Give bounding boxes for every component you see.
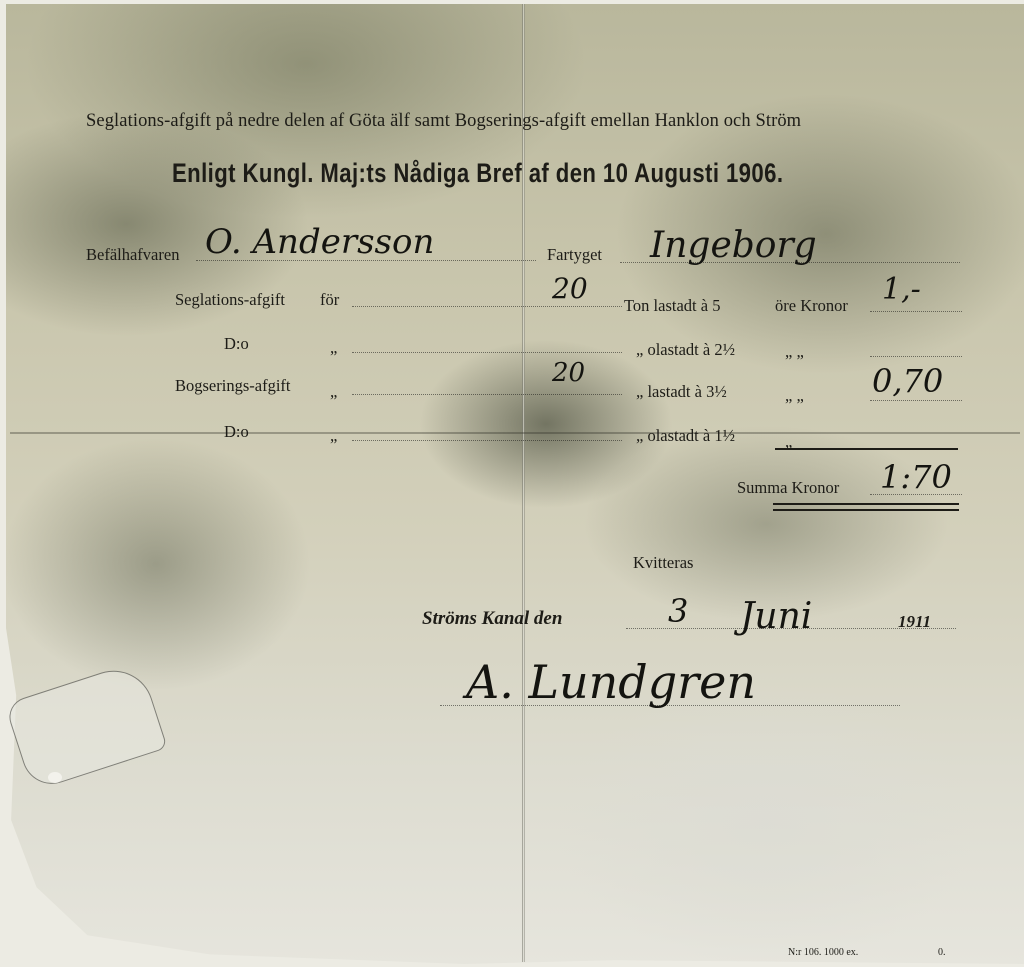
fee-prep-3: „ bbox=[330, 382, 337, 402]
fee-label-do-1: D:o bbox=[224, 334, 249, 354]
fee-prep-1: för bbox=[320, 290, 339, 310]
fee-line-2 bbox=[352, 352, 622, 353]
total-rule-2 bbox=[773, 509, 959, 511]
subtotal-rule bbox=[775, 448, 958, 450]
document-title: Enligt Kungl. Maj:ts Nådiga Bref af den … bbox=[172, 158, 783, 189]
place-label: Ströms Kanal den bbox=[422, 608, 562, 630]
vessel-value: Ingeborg bbox=[650, 225, 817, 266]
fee-label-sailing: Seglations-afgift bbox=[175, 290, 285, 310]
fee-amount-3: 0,70 bbox=[872, 362, 943, 400]
amount-line-1 bbox=[870, 311, 962, 312]
total-value: 1:70 bbox=[880, 458, 952, 496]
commander-label: Befälhafvaren bbox=[86, 245, 179, 265]
fee-prep-2: „ bbox=[330, 338, 337, 358]
total-label: Summa Kronor bbox=[737, 478, 839, 498]
fee-tons-3: 20 bbox=[552, 358, 585, 388]
fee-desc-2: „ olastadt à 2½ bbox=[636, 340, 735, 360]
signature: A. Lundgren bbox=[466, 655, 756, 709]
fee-desc-4: „ olastadt à 1½ bbox=[636, 426, 735, 446]
fee-desc-1: Ton lastadt à 5 bbox=[624, 296, 720, 316]
amount-line-3 bbox=[870, 400, 962, 401]
fee-prep-4: „ bbox=[330, 426, 337, 446]
fee-unit-1: öre Kronor bbox=[775, 296, 848, 316]
fee-label-do-2: D:o bbox=[224, 422, 249, 442]
fee-tons-1: 20 bbox=[552, 272, 588, 305]
amount-line-2 bbox=[870, 356, 962, 357]
fee-amount-1: 1,- bbox=[882, 272, 921, 307]
print-run-note: N:r 106. 1000 ex. bbox=[788, 947, 858, 958]
header-line: Seglations-afgift på nedre delen af Göta… bbox=[86, 111, 801, 132]
paper-hole bbox=[48, 772, 62, 783]
vessel-label: Fartyget bbox=[547, 245, 602, 265]
date-day: 3 bbox=[668, 592, 688, 630]
fee-desc-3: „ lastadt à 3½ bbox=[636, 382, 727, 402]
fee-unit-2: „ „ bbox=[785, 342, 804, 362]
receipt-label: Kvitteras bbox=[633, 553, 693, 573]
vertical-fold-crease bbox=[522, 4, 525, 962]
date-year: 1911 bbox=[898, 612, 931, 632]
commander-value: O. Andersson bbox=[205, 222, 434, 262]
fee-label-towing: Bogserings-afgift bbox=[175, 376, 290, 396]
horizontal-fold-crease bbox=[10, 432, 1020, 434]
footer-mark: 0. bbox=[938, 947, 946, 958]
date-month: Juni bbox=[740, 596, 812, 637]
fee-line-3 bbox=[352, 394, 622, 395]
fee-line-1 bbox=[352, 306, 622, 307]
fee-unit-3: „ „ bbox=[785, 386, 804, 406]
document-paper bbox=[6, 4, 1024, 964]
total-rule-1 bbox=[773, 503, 959, 505]
fee-line-4 bbox=[352, 440, 622, 441]
